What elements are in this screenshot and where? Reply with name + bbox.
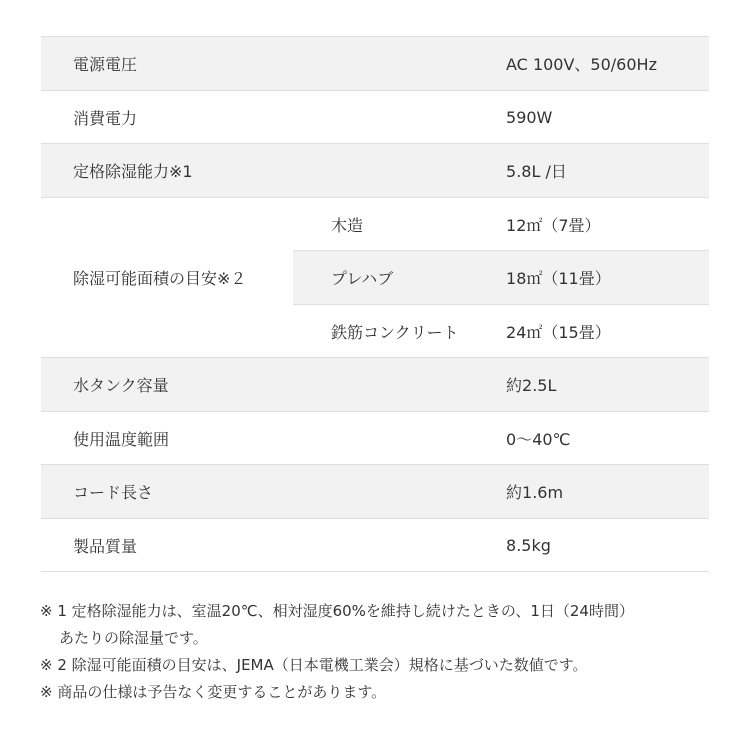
footnote-3: ※ 商品の仕様は予告なく変更することがあります。	[40, 679, 634, 706]
spec-table: 電源電圧 AC 100V、50/60Hz 消費電力 590W 定格除湿能力※1 …	[41, 36, 709, 572]
spec-row-tank: 水タンク容量 約2.5L	[41, 358, 709, 412]
spec-value: 0～40℃	[506, 412, 709, 465]
spec-value: 12㎡（7畳）	[506, 198, 709, 251]
spec-row-area-wood: 除湿可能面積の目安※２ 木造 12㎡（7畳）	[41, 198, 709, 251]
spec-sublabel: 木造	[293, 198, 506, 251]
spec-value: 約1.6m	[506, 465, 709, 519]
spec-value: 24㎡（15畳）	[506, 305, 709, 358]
spec-sublabel: プレハブ	[293, 251, 506, 305]
spec-row-temp: 使用温度範囲 0～40℃	[41, 412, 709, 465]
spec-label: 製品質量	[41, 519, 506, 572]
spec-row-dehumidify: 定格除湿能力※1 5.8L /日	[41, 144, 709, 198]
footnotes: ※ 1 定格除湿能力は、室温20℃、相対湿度60%を維持し続けたときの、1日（2…	[40, 598, 634, 706]
spec-label: 定格除湿能力※1	[41, 144, 506, 198]
spec-value: 18㎡（11畳）	[506, 251, 709, 305]
footnote-1: ※ 1 定格除湿能力は、室温20℃、相対湿度60%を維持し続けたときの、1日（2…	[40, 598, 634, 625]
spec-label: 消費電力	[41, 91, 506, 144]
spec-value: 590W	[506, 91, 709, 144]
spec-sublabel: 鉄筋コンクリート	[293, 305, 506, 358]
spec-row-weight: 製品質量 8.5kg	[41, 519, 709, 572]
spec-label: コード長さ	[41, 465, 506, 519]
spec-value: 5.8L /日	[506, 144, 709, 198]
spec-value: 8.5kg	[506, 519, 709, 572]
spec-value: AC 100V、50/60Hz	[506, 37, 709, 91]
spec-row-cord: コード長さ 約1.6m	[41, 465, 709, 519]
spec-value: 約2.5L	[506, 358, 709, 412]
spec-row-power: 消費電力 590W	[41, 91, 709, 144]
spec-label: 除湿可能面積の目安※２	[41, 198, 293, 358]
spec-label: 水タンク容量	[41, 358, 506, 412]
spec-label: 電源電圧	[41, 37, 506, 91]
spec-label: 使用温度範囲	[41, 412, 506, 465]
footnote-2: ※ 2 除湿可能面積の目安は、JEMA（日本電機工業会）規格に基づいた数値です。	[40, 652, 634, 679]
footnote-1-continued: あたりの除湿量です。	[40, 625, 634, 652]
spec-row-voltage: 電源電圧 AC 100V、50/60Hz	[41, 37, 709, 91]
